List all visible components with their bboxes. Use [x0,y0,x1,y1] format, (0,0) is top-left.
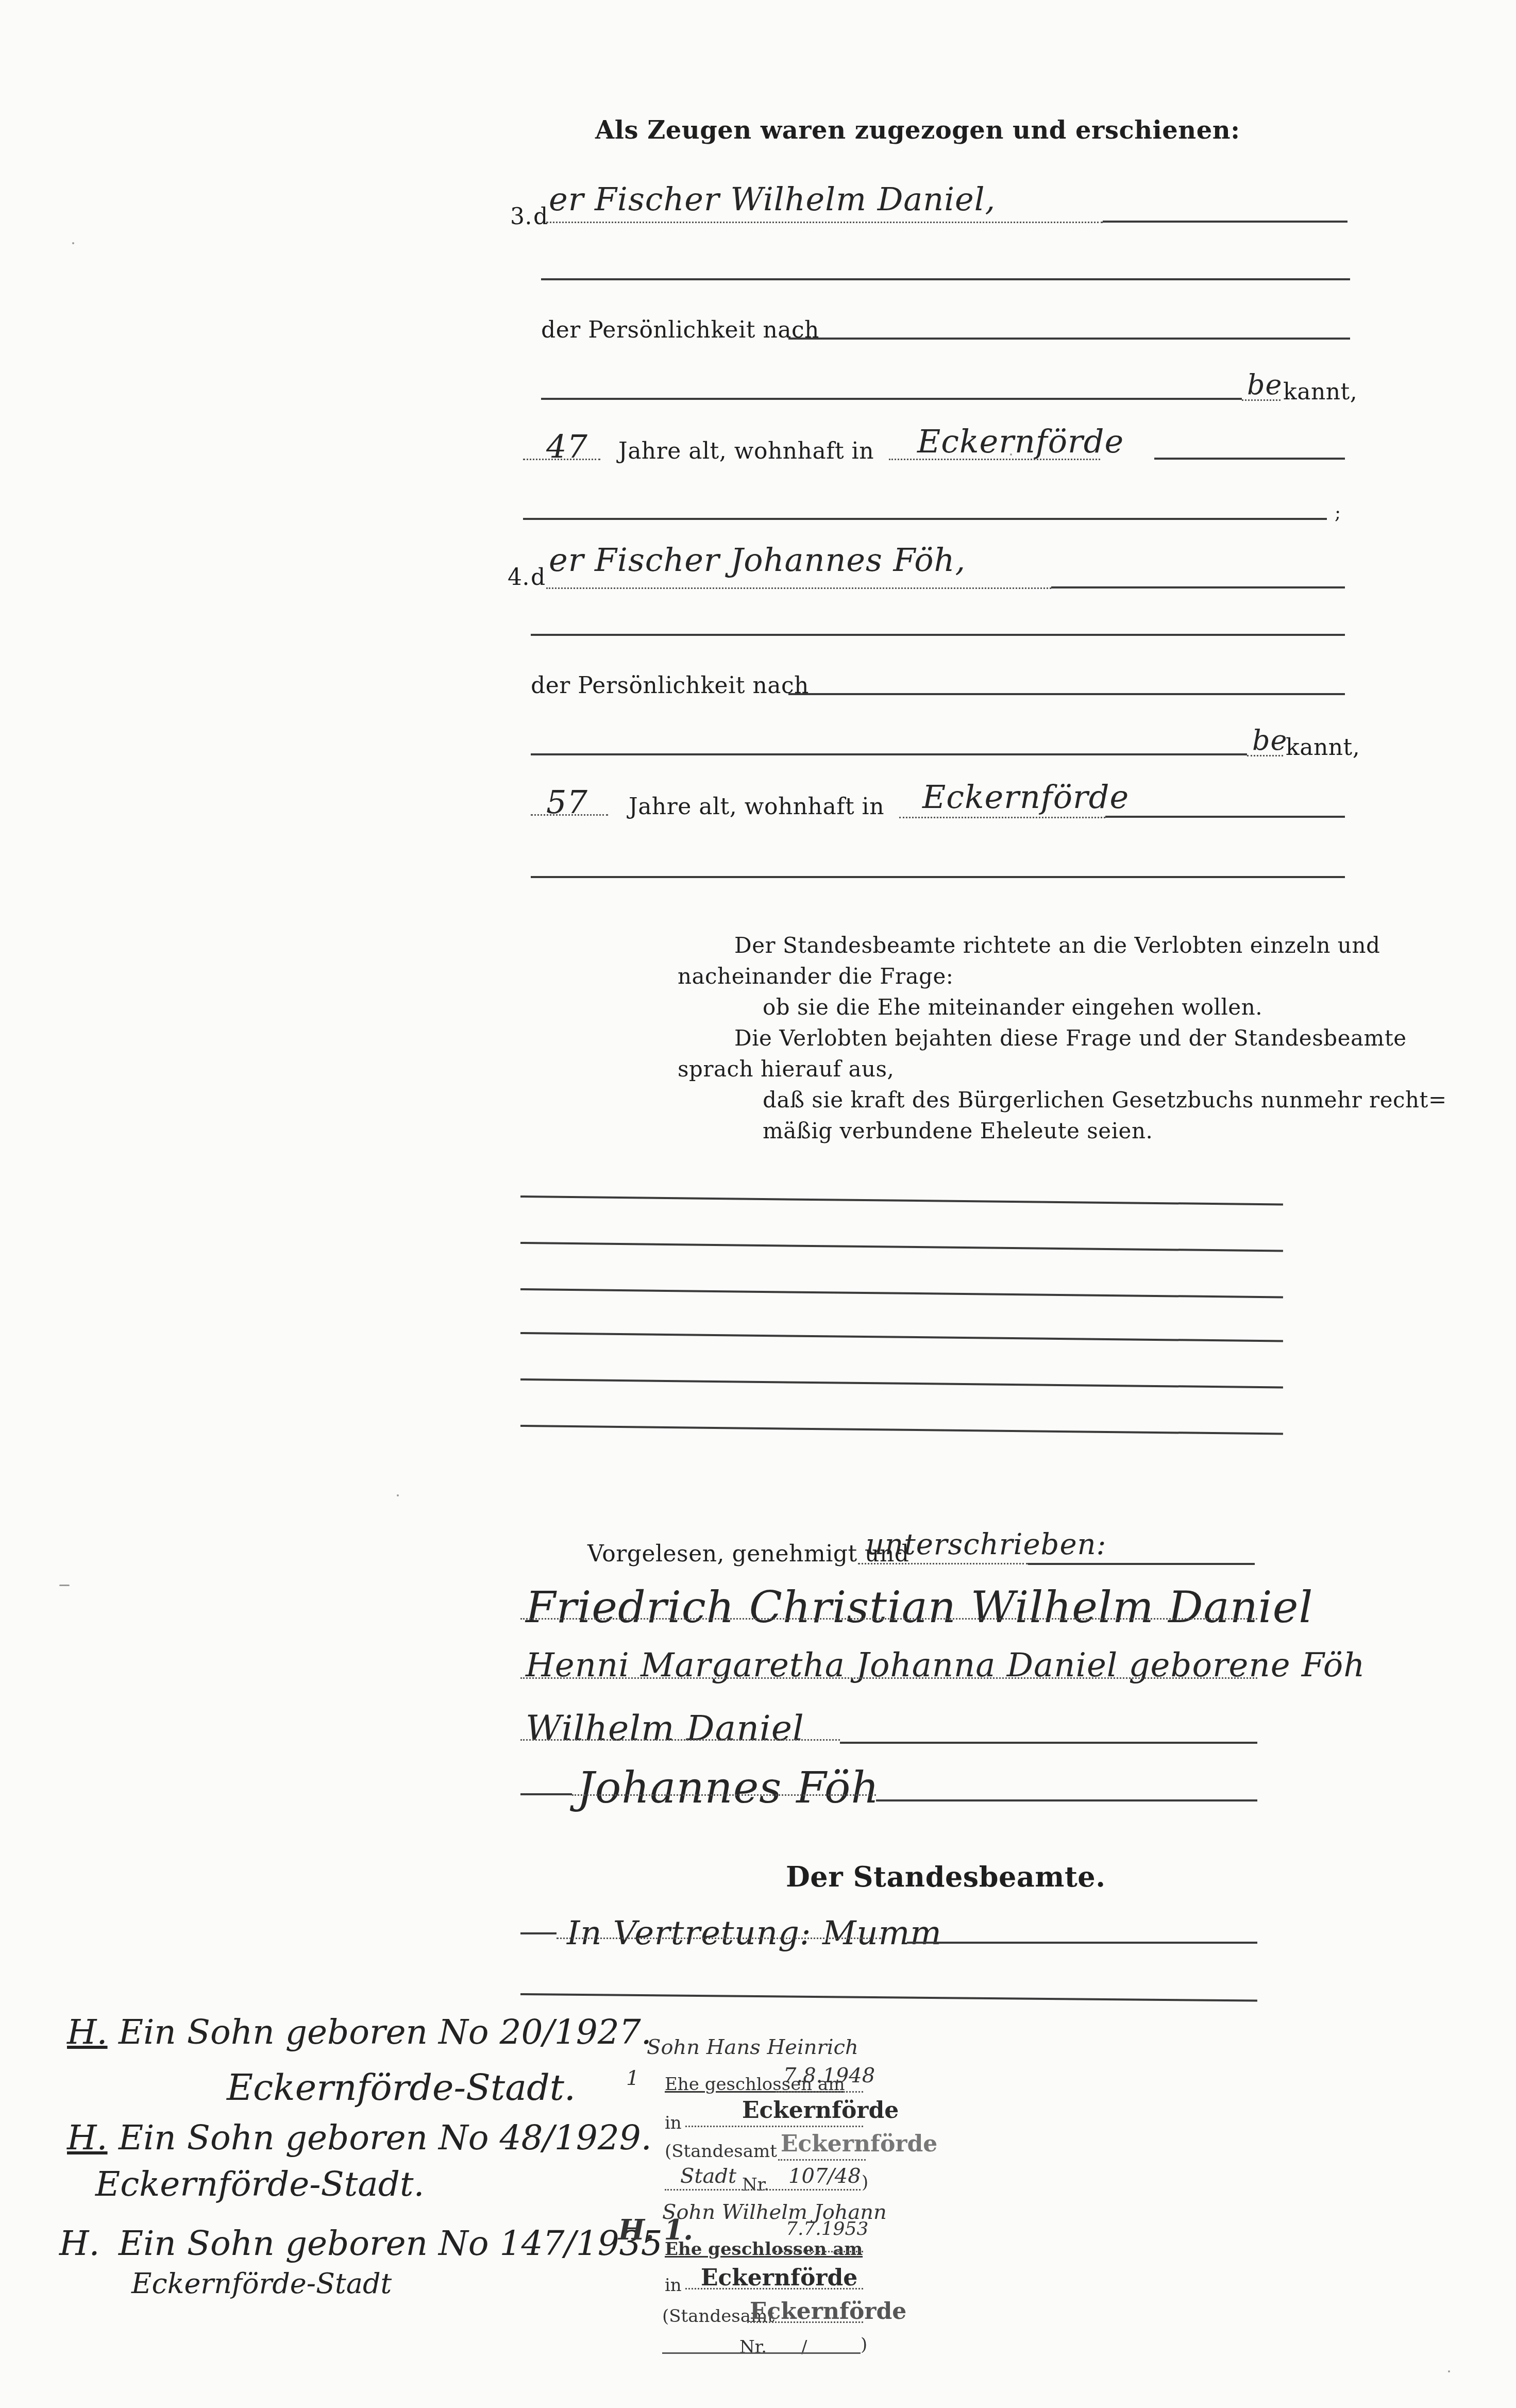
identity-label: der Persönlichkeit nach [531,672,809,699]
stamp-nr-label: Nr. [739,2337,767,2358]
stamp-ehe-label: Ehe geschlossen am [665,2239,863,2260]
stamp-handwritten-header: Sohn Hans Heinrich [647,2035,858,2059]
stamp-office: Eckernförde [750,2298,906,2325]
age-label: Jahre alt, wohnhaft in [618,438,874,464]
age-label: Jahre alt, wohnhaft in [629,794,884,820]
known-hand: be [1252,724,1288,756]
margin-note-place: Eckernförde-Stadt [131,2267,392,2300]
stamp-date: 7.7.1953 [786,2218,868,2239]
margin-marker: H. [67,2118,108,2158]
margin-note-place: Eckernförde-Stadt. [95,2164,424,2204]
ceremony-line: sprach hierauf aus, [678,1056,894,1082]
stamp-place: Eckernförde [701,2265,857,2291]
margin-note-text: Ein Sohn geboren No 20/1927. [119,2012,652,2052]
stamp-nr: 107/48 [788,2164,861,2188]
approval-handwritten: unterschrieben: [866,1528,1106,1561]
stamp-in-label: in [665,2113,682,2133]
margin-note-place: Eckernförde-Stadt. [227,2066,576,2109]
known-hand: be [1247,368,1283,401]
ceremony-line: ob sie die Ehe miteinander eingehen woll… [763,995,1262,1020]
stamp-close: ) [861,2334,867,2355]
known-suffix: kannt, [1286,734,1360,761]
identity-label: der Persönlichkeit nach [541,317,819,343]
witness-prefix: d [533,204,548,230]
stamp-register-hand: Stadt [680,2164,736,2188]
witness-number: 4. [508,564,530,591]
witnesses-header: Als Zeugen waren zugezogen und erschiene… [595,116,1240,145]
stamp-office: Eckernförde [781,2131,937,2157]
stamp-nr: / [801,2337,807,2358]
stamp-close: ) [862,2172,868,2193]
witness-number: 3. [510,204,532,230]
witness-residence: Eckernförde [922,778,1129,816]
registrar-title: Der Standesbeamte. [786,1860,1105,1893]
stamp-office-label: (Standesamt [665,2141,777,2162]
registrar-signature: In Vertretung: Mumm [567,1914,942,1952]
ceremony-line: daß sie kraft des Bürgerlichen Gesetzbuc… [763,1087,1447,1113]
witness-name: er Fischer Johannes Föh, [549,541,966,579]
ceremony-line: mäßig verbundene Eheleute seien. [763,1118,1153,1143]
signature-witness-4: Johannes Föh [577,1762,880,1813]
trailing-mark: ; [1335,502,1341,524]
known-suffix: kannt, [1283,379,1357,405]
margin-marker: H. [59,2224,100,2263]
ceremony-line: nacheinander die Frage: [678,964,953,989]
ceremony-line: Der Standesbeamte richtete an die Verlob… [734,933,1380,958]
ceremony-line: Die Verlobten bejahten diese Frage und d… [734,1025,1407,1051]
stamp-date: 7.8.1948 [783,2064,875,2087]
witness-name: er Fischer Wilhelm Daniel, [549,180,996,218]
margin-note-text: Ein Sohn geboren No 48/1929. [119,2118,652,2158]
signature-groom: Friedrich Christian Wilhelm Daniel [526,1582,1313,1632]
margin-marker: H. [67,2012,108,2052]
stamp-nr-label: Nr. [742,2175,769,2195]
stamp-place: Eckernförde [742,2097,899,2124]
signature-witness-3: Wilhelm Daniel [526,1708,804,1749]
witness-prefix: d [531,564,546,591]
stamp-marker: 1 [626,2066,639,2090]
stamp-in-label: in [665,2275,682,2296]
margin-note-text: Ein Sohn geboren No 147/1935 [119,2224,663,2263]
witness-residence: Eckernförde [917,423,1124,460]
